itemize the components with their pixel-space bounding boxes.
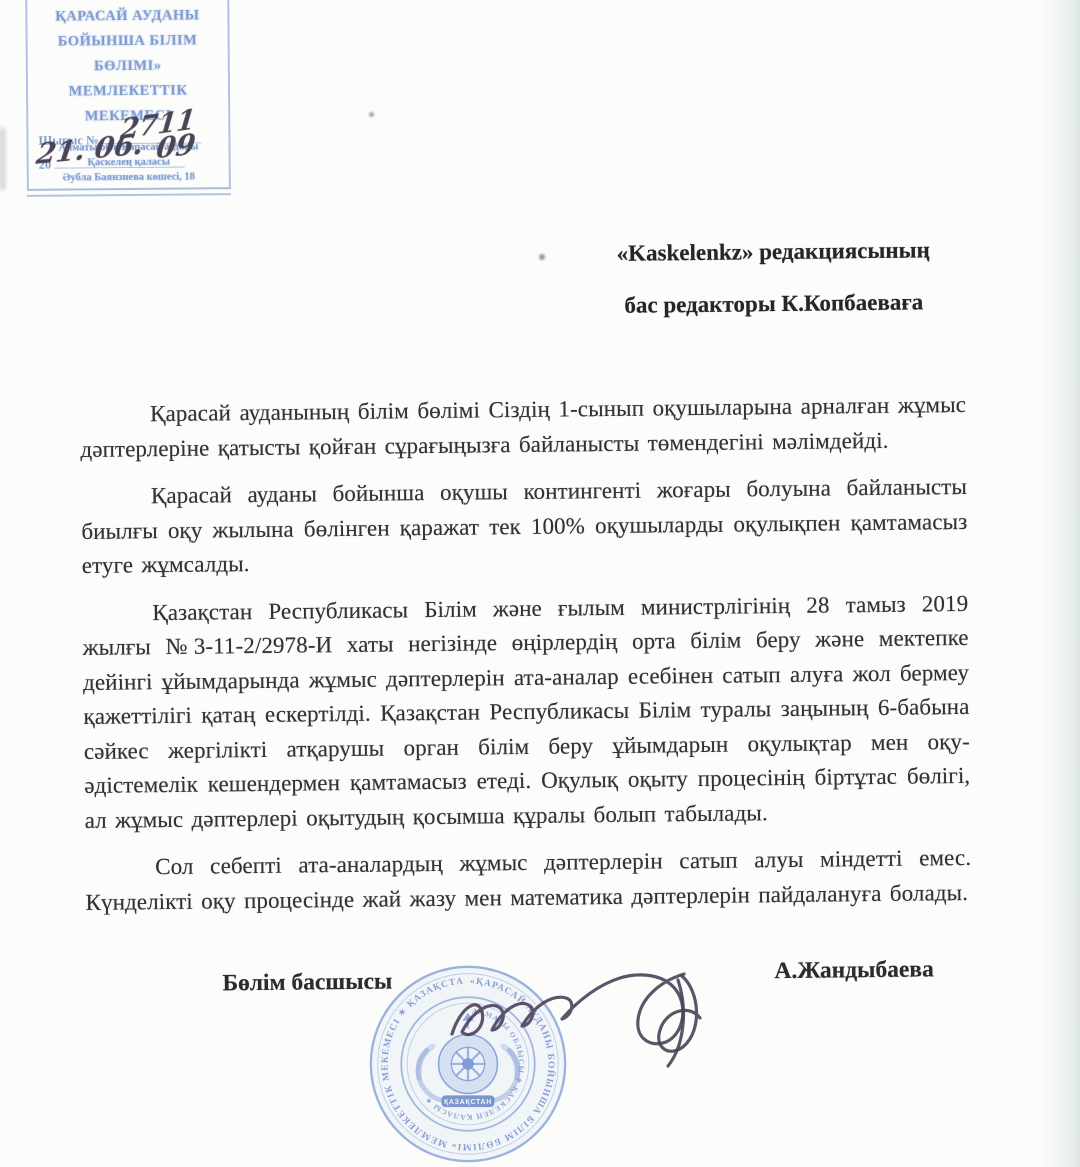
stamp-org-line: БОЙЫНША БІЛІМ БӨЛІМІ» [27,28,227,80]
seal-banner-text: ҚАЗАҚСТАН [444,1099,492,1106]
paragraph-2: Қарасай ауданы бойынша оқушы контингенті… [81,470,968,584]
paragraph-3: Қазақстан Республикасы Білім және ғылым … [82,586,971,838]
letter-paragraphs: Қарасай ауданының білім бөлімі Сіздің 1-… [80,388,972,920]
scan-edge-smudge [0,128,5,190]
signer-name: А.Жандыбаева [774,956,934,985]
registration-stamp: ҚАРАСАЙ АУДАНЫ БОЙЫНША БІЛІМ БӨЛІМІ» МЕМ… [25,0,231,191]
recipient-line-2: бас редакторы К.Копбаеваға [579,276,970,332]
signature-row: Бөлім басшысы А.Жандыбаева [86,962,972,1012]
scanned-letter-page: ҚАРАСАЙ АУДАНЫ БОЙЫНША БІЛІМ БӨЛІМІ» МЕМ… [0,0,1080,1167]
scan-speck [369,112,374,117]
stamp-org-line: ҚАРАСАЙ АУДАНЫ [27,3,227,30]
signer-title: Бөлім басшысы [222,968,392,997]
paragraph-1: Қарасай ауданының білім бөлімі Сіздің 1-… [80,388,967,467]
kazakhstan-emblem [418,1013,518,1107]
seal-inner-ring-text: АЛМАТЫ ОБЛЫСЫ ✶ ҚАСКЕЛЕҢ ҚАЛАСЫ ✶ [423,1006,526,1122]
stamp-org-block: ҚАРАСАЙ АУДАНЫ БОЙЫНША БІЛІМ БӨЛІМІ» МЕМ… [27,0,228,130]
recipient-block: «Kaskelenkz» редакциясының бас редакторы… [578,224,969,332]
recipient-line-1: «Kaskelenkz» редакциясының [578,224,969,280]
paragraph-4: Сол себепті ата-аналардың жұмыс дәптерле… [85,841,972,920]
handwritten-day: 09 [154,127,197,165]
letter-content: «Kaskelenkz» редакциясының бас редакторы… [78,224,973,1012]
